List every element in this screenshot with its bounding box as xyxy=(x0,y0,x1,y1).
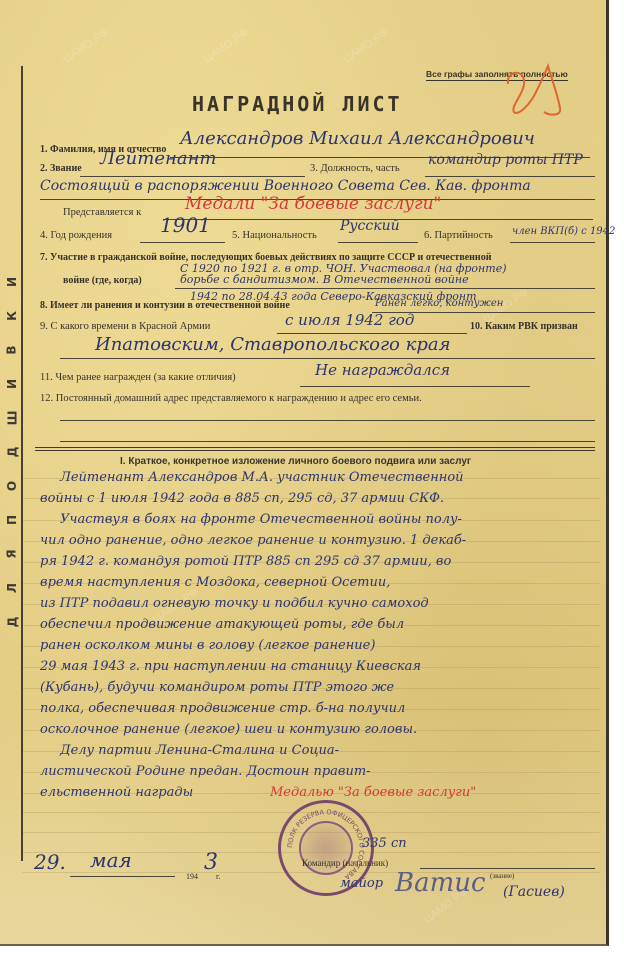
award-sheet-paper: ЦАМО.РФ ЦАМО.РФ ЦАМО.РФ ЦАМО.РФ ЦАМО.РФ … xyxy=(0,0,609,946)
commander-unit: 335 сп xyxy=(362,836,407,851)
feat-section-heading: I. Краткое, конкретное изложение личного… xyxy=(120,456,471,467)
field-7-label-line2: войне (где, когда) xyxy=(63,275,142,286)
feat-line: листической Родине предан. Достоин прави… xyxy=(40,764,371,779)
field-4-label: 4. Год рождения xyxy=(40,230,112,241)
signer-name: (Гасиев) xyxy=(503,884,565,900)
field-5-value: Русский xyxy=(340,218,400,234)
field-5-label: 5. Национальность xyxy=(232,230,317,241)
field-4-value: 1901 xyxy=(160,213,211,237)
margin-vertical-text: ИКВИШДОПЯЛД xyxy=(4,275,20,629)
margin-letter: Я xyxy=(5,549,19,558)
rank-label: (звание) xyxy=(490,872,514,880)
feat-line: ранен осколком мины в голову (легкое ран… xyxy=(40,638,375,653)
award-value: Медали "За боевые заслуги" xyxy=(185,194,441,214)
feat-line: из ПТР подавил огневую точку и подбил ку… xyxy=(40,596,429,611)
margin-letter: К xyxy=(5,311,19,321)
commander-rank: майор xyxy=(340,876,383,891)
margin-letter: И xyxy=(5,379,19,389)
feat-line: (Кубань), будучи командиром роты ПТР это… xyxy=(40,680,394,695)
field-8-value: Ранен легко, контужен xyxy=(375,298,503,309)
watermark: ЦАМО.РФ xyxy=(341,26,390,66)
signature: Ватис xyxy=(395,868,486,898)
margin-letter: Д xyxy=(5,617,19,628)
feat-line: Лейтенант Александров М.А. участник Отеч… xyxy=(60,470,464,485)
watermark: ЦАМО.РФ xyxy=(61,26,110,66)
margin-letter: И xyxy=(5,277,19,287)
feat-line: чил одно ранение, одно легкое ранение и … xyxy=(40,533,466,548)
field-11-label: 11. Чем ранее награжден (за какие отличи… xyxy=(40,372,236,383)
feat-line: Участвуя в боях на фронте Отечественной … xyxy=(60,512,462,527)
margin-letter: Ш xyxy=(5,411,19,426)
feat-line: обеспечил продвижение атакующей роты, гд… xyxy=(40,617,404,632)
page-title: НАГРАДНОЙ ЛИСТ xyxy=(192,92,403,116)
margin-letter: В xyxy=(5,345,19,354)
field-9-label: 9. С какого времени в Красной Армии xyxy=(40,321,210,332)
feat-line: время наступления с Моздока, северной Ос… xyxy=(40,575,390,590)
margin-letter: П xyxy=(5,515,19,525)
date-year-letter: г. xyxy=(216,872,220,881)
feat-line: ря 1942 г. командуя ротой ПТР 885 сп 295… xyxy=(40,554,451,569)
feat-award-recommendation: Медалью "За боевые заслуги" xyxy=(270,785,476,800)
field-12-label: 12. Постоянный домашний адрес представля… xyxy=(40,393,422,404)
margin-letter: Д xyxy=(5,447,19,458)
feat-line: полка, обеспечивая продвижение стр. б-на… xyxy=(40,701,405,716)
field-10-label: 10. Каким РВК призван xyxy=(470,321,578,332)
field-2-label: 2. Звание xyxy=(40,163,82,174)
margin-letter: О xyxy=(5,481,19,491)
field-6-label: 6. Партийность xyxy=(424,230,493,241)
feat-line: ельственной награды xyxy=(40,785,193,800)
date-month: мая xyxy=(90,848,132,872)
field-9-value: с июля 1942 год xyxy=(285,311,414,329)
field-2-value: Лейтенант xyxy=(100,148,217,169)
field-1-value: Александров Михаил Александрович xyxy=(180,128,535,149)
binding-margin-line xyxy=(21,66,23,861)
feat-line: войны с 1 июля 1942 года в 885 сп, 295 с… xyxy=(40,491,444,506)
feat-line: Делу партии Ленина-Сталина и Социа- xyxy=(60,743,339,758)
date-year-prefix: 194 xyxy=(186,872,198,881)
award-label: Представляется к xyxy=(63,207,141,218)
field-11-value: Не награждался xyxy=(315,361,450,379)
field-6-value: член ВКП(б) с 1942 xyxy=(512,226,615,237)
feat-line: 29 мая 1943 г. при наступлении на станиц… xyxy=(40,659,421,674)
field-3-continuation: Состоящий в распоряжении Военного Совета… xyxy=(40,178,531,194)
date-day: 29. xyxy=(34,850,66,874)
commander-label: Командир (начальник) xyxy=(302,858,388,868)
watermark: ЦАМО.РФ xyxy=(201,26,250,66)
field-10-value: Ипатовским, Ставропольского края xyxy=(95,334,451,355)
field-3-value: командир роты ПТР xyxy=(428,152,583,168)
field-3-label: 3. Должность, часть xyxy=(310,163,400,174)
margin-letter: Л xyxy=(5,583,19,593)
red-number-mark xyxy=(500,62,570,120)
field-7-value-line2: борьбе с бандитизмом. В Отечественной во… xyxy=(180,273,469,286)
field-8-label: 8. Имеет ли ранения и контузии в отечест… xyxy=(40,300,290,311)
feat-line: осколочное ранение (легкое) шеи и контуз… xyxy=(40,722,417,737)
